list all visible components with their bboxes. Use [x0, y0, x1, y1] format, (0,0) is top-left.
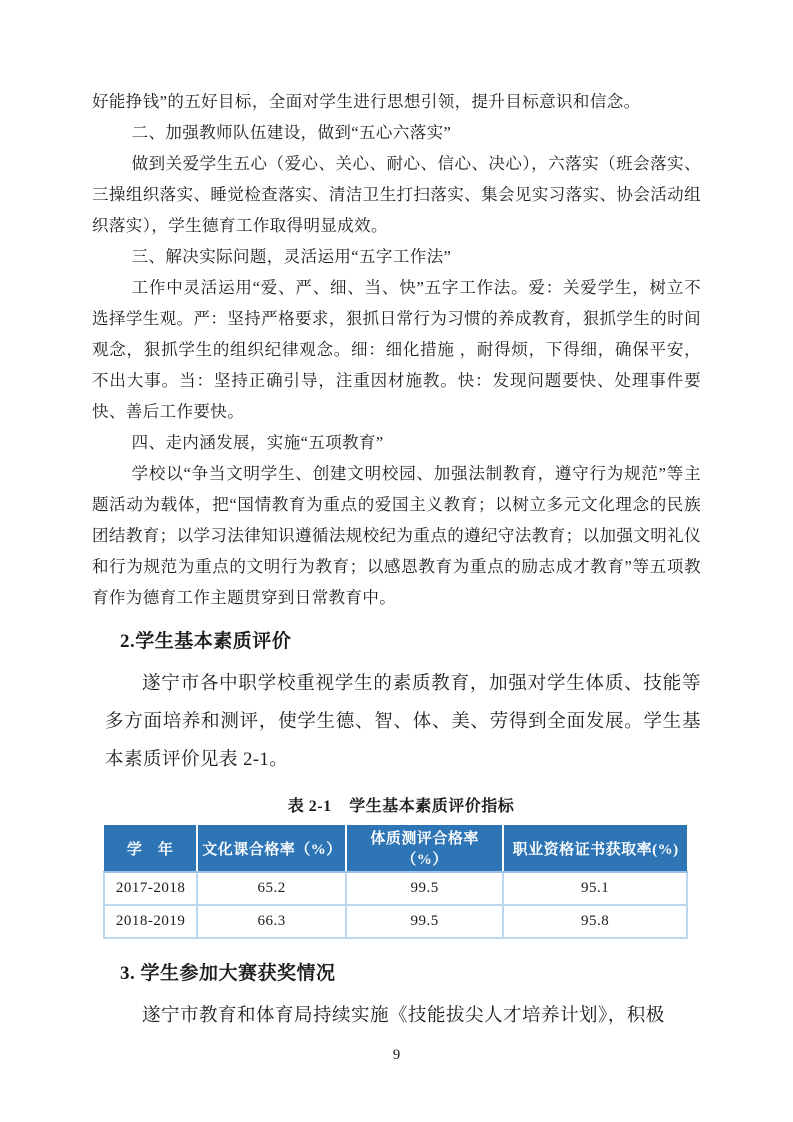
subheading-two: 二、加强教师队伍建设，做到“五心六落实” [92, 117, 701, 148]
page-number: 9 [0, 1047, 793, 1064]
table-row: 2017-2018 65.2 99.5 95.1 [104, 872, 687, 905]
table-header-row: 学 年 文化课合格率（%） 体质测评合格率（%） 职业资格证书获取率(%) [104, 825, 687, 872]
table-caption-title: 学生基本素质评价指标 [349, 798, 514, 815]
table-caption-label: 表 2-1 [288, 798, 332, 815]
paragraph-continuation: 好能挣钱”的五好目标，全面对学生进行思想引领，提升目标意识和信念。 [92, 86, 701, 117]
subheading-four: 四、走内涵发展，实施“五项教育” [92, 427, 701, 458]
section3-paragraph: 遂宁市教育和体育局持续实施《技能拔尖人才培养计划》，积极 [105, 997, 701, 1035]
column-header-certificate-rate: 职业资格证书获取率(%) [503, 825, 687, 872]
cell-culture-rate: 66.3 [197, 905, 346, 938]
cell-certificate-rate: 95.1 [503, 872, 687, 905]
column-header-school-year: 学 年 [104, 825, 197, 872]
table-caption: 表 2-1学生基本素质评价指标 [103, 793, 699, 816]
paragraph: 做到关爱学生五心（爱心、关心、耐心、信心、决心），六落实（班会落实、三操组织落实… [92, 148, 701, 241]
cell-fitness-rate: 99.5 [346, 905, 503, 938]
quality-evaluation-table: 学 年 文化课合格率（%） 体质测评合格率（%） 职业资格证书获取率(%) 20… [103, 825, 688, 939]
cell-year: 2017-2018 [104, 872, 197, 905]
column-header-culture-pass-rate: 文化课合格率（%） [197, 825, 346, 872]
section1-body-text: 好能挣钱”的五好目标，全面对学生进行思想引领，提升目标意识和信念。 二、加强教师… [92, 86, 701, 613]
paragraph: 工作中灵活运用“爱、严、细、当、快”五字工作法。爱：关爱学生，树立不选择学生观。… [92, 272, 701, 427]
document-page: 好能挣钱”的五好目标，全面对学生进行思想引领，提升目标意识和信念。 二、加强教师… [0, 0, 793, 1122]
table-row: 2018-2019 66.3 99.5 95.8 [104, 905, 687, 938]
section2-heading: 2.学生基本素质评价 [120, 629, 701, 655]
section2-paragraph: 遂宁市各中职学校重视学生的素质教育，加强对学生体质、技能等多方面培养和测评，使学… [105, 665, 701, 779]
column-header-fitness-pass-rate: 体质测评合格率（%） [346, 825, 503, 872]
paragraph: 学校以“争当文明学生、创建文明校园、加强法制教育，遵守行为规范”等主题活动为载体… [92, 458, 701, 613]
subheading-three: 三、解决实际问题，灵活运用“五字工作法” [92, 241, 701, 272]
cell-year: 2018-2019 [104, 905, 197, 938]
cell-culture-rate: 65.2 [197, 872, 346, 905]
cell-fitness-rate: 99.5 [346, 872, 503, 905]
section3-heading: 3. 学生参加大赛获奖情况 [120, 961, 701, 987]
cell-certificate-rate: 95.8 [503, 905, 687, 938]
